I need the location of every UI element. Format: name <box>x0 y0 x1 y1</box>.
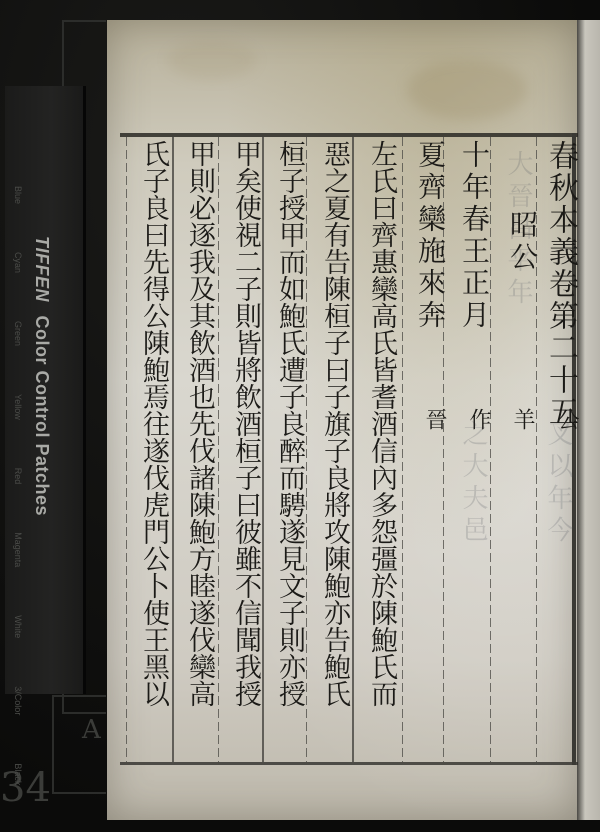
swatch-label: Yellow <box>13 394 23 420</box>
entry-main-text: 夏齊欒施來奔 <box>408 140 452 332</box>
swatch-label: Blue <box>13 186 23 204</box>
bottom-border-rule <box>120 762 578 765</box>
commentary-column: 甲矣使視二子則皆將飲酒桓子曰彼雖不信聞我授 <box>224 140 266 707</box>
backdrop-letter: A <box>82 715 101 745</box>
swatch-label: 3/Color <box>13 686 23 715</box>
bleed-through-text: 叉以年今 <box>540 420 577 548</box>
swatch-labels: Blue Cyan Green Yellow Red Magenta White… <box>13 186 23 766</box>
top-border-rule <box>120 133 578 137</box>
paper-stain <box>407 60 527 120</box>
color-control-card: Blue Cyan Green Yellow Red Magenta White… <box>5 86 86 694</box>
card-label: Color Control Patches <box>32 316 52 517</box>
commentary-column: 桓子授甲而如鮑氏遭子良醉而騁遂見文子則亦授 <box>268 140 310 707</box>
swatch-label: Green <box>13 321 23 346</box>
swatch-label: Cyan <box>13 252 23 273</box>
swatch-label: White <box>13 615 23 638</box>
commentary-column: 惡之夏有告陳桓子曰子旗子良將攻陳鮑亦告鮑氏 <box>313 140 355 707</box>
swatch-label: Red <box>13 468 23 485</box>
commentary-column: 甲則必逐我及其飲酒也先伐諸陳鮑方睦遂伐欒高 <box>178 140 220 707</box>
swatch-label: Magenta <box>13 532 23 567</box>
chronicle-entry-summer: 夏齊欒施來奔 齊公羊作晉 <box>408 140 600 336</box>
paper-stain <box>167 40 257 80</box>
tiffen-logo: TIFFEN <box>32 236 52 302</box>
column-rule <box>126 137 127 762</box>
bleed-through-text: 之大夫邑 <box>455 420 492 548</box>
card-brand: TIFFEN Color Control Patches <box>31 236 52 516</box>
entry-variant-note: 齊公羊作晉 <box>412 408 600 432</box>
commentary-column: 左氏曰齊惠欒高氏皆耆酒信內多怨彊於陳鮑氏而 <box>360 140 402 707</box>
swatch-label: Black <box>13 763 23 785</box>
backdrop-number: 34 <box>0 765 51 811</box>
column-rule <box>402 137 403 762</box>
commentary-column: 氏子良曰先得公陳鮑焉往遂伐虎門公卜使王黑以 <box>132 140 174 707</box>
